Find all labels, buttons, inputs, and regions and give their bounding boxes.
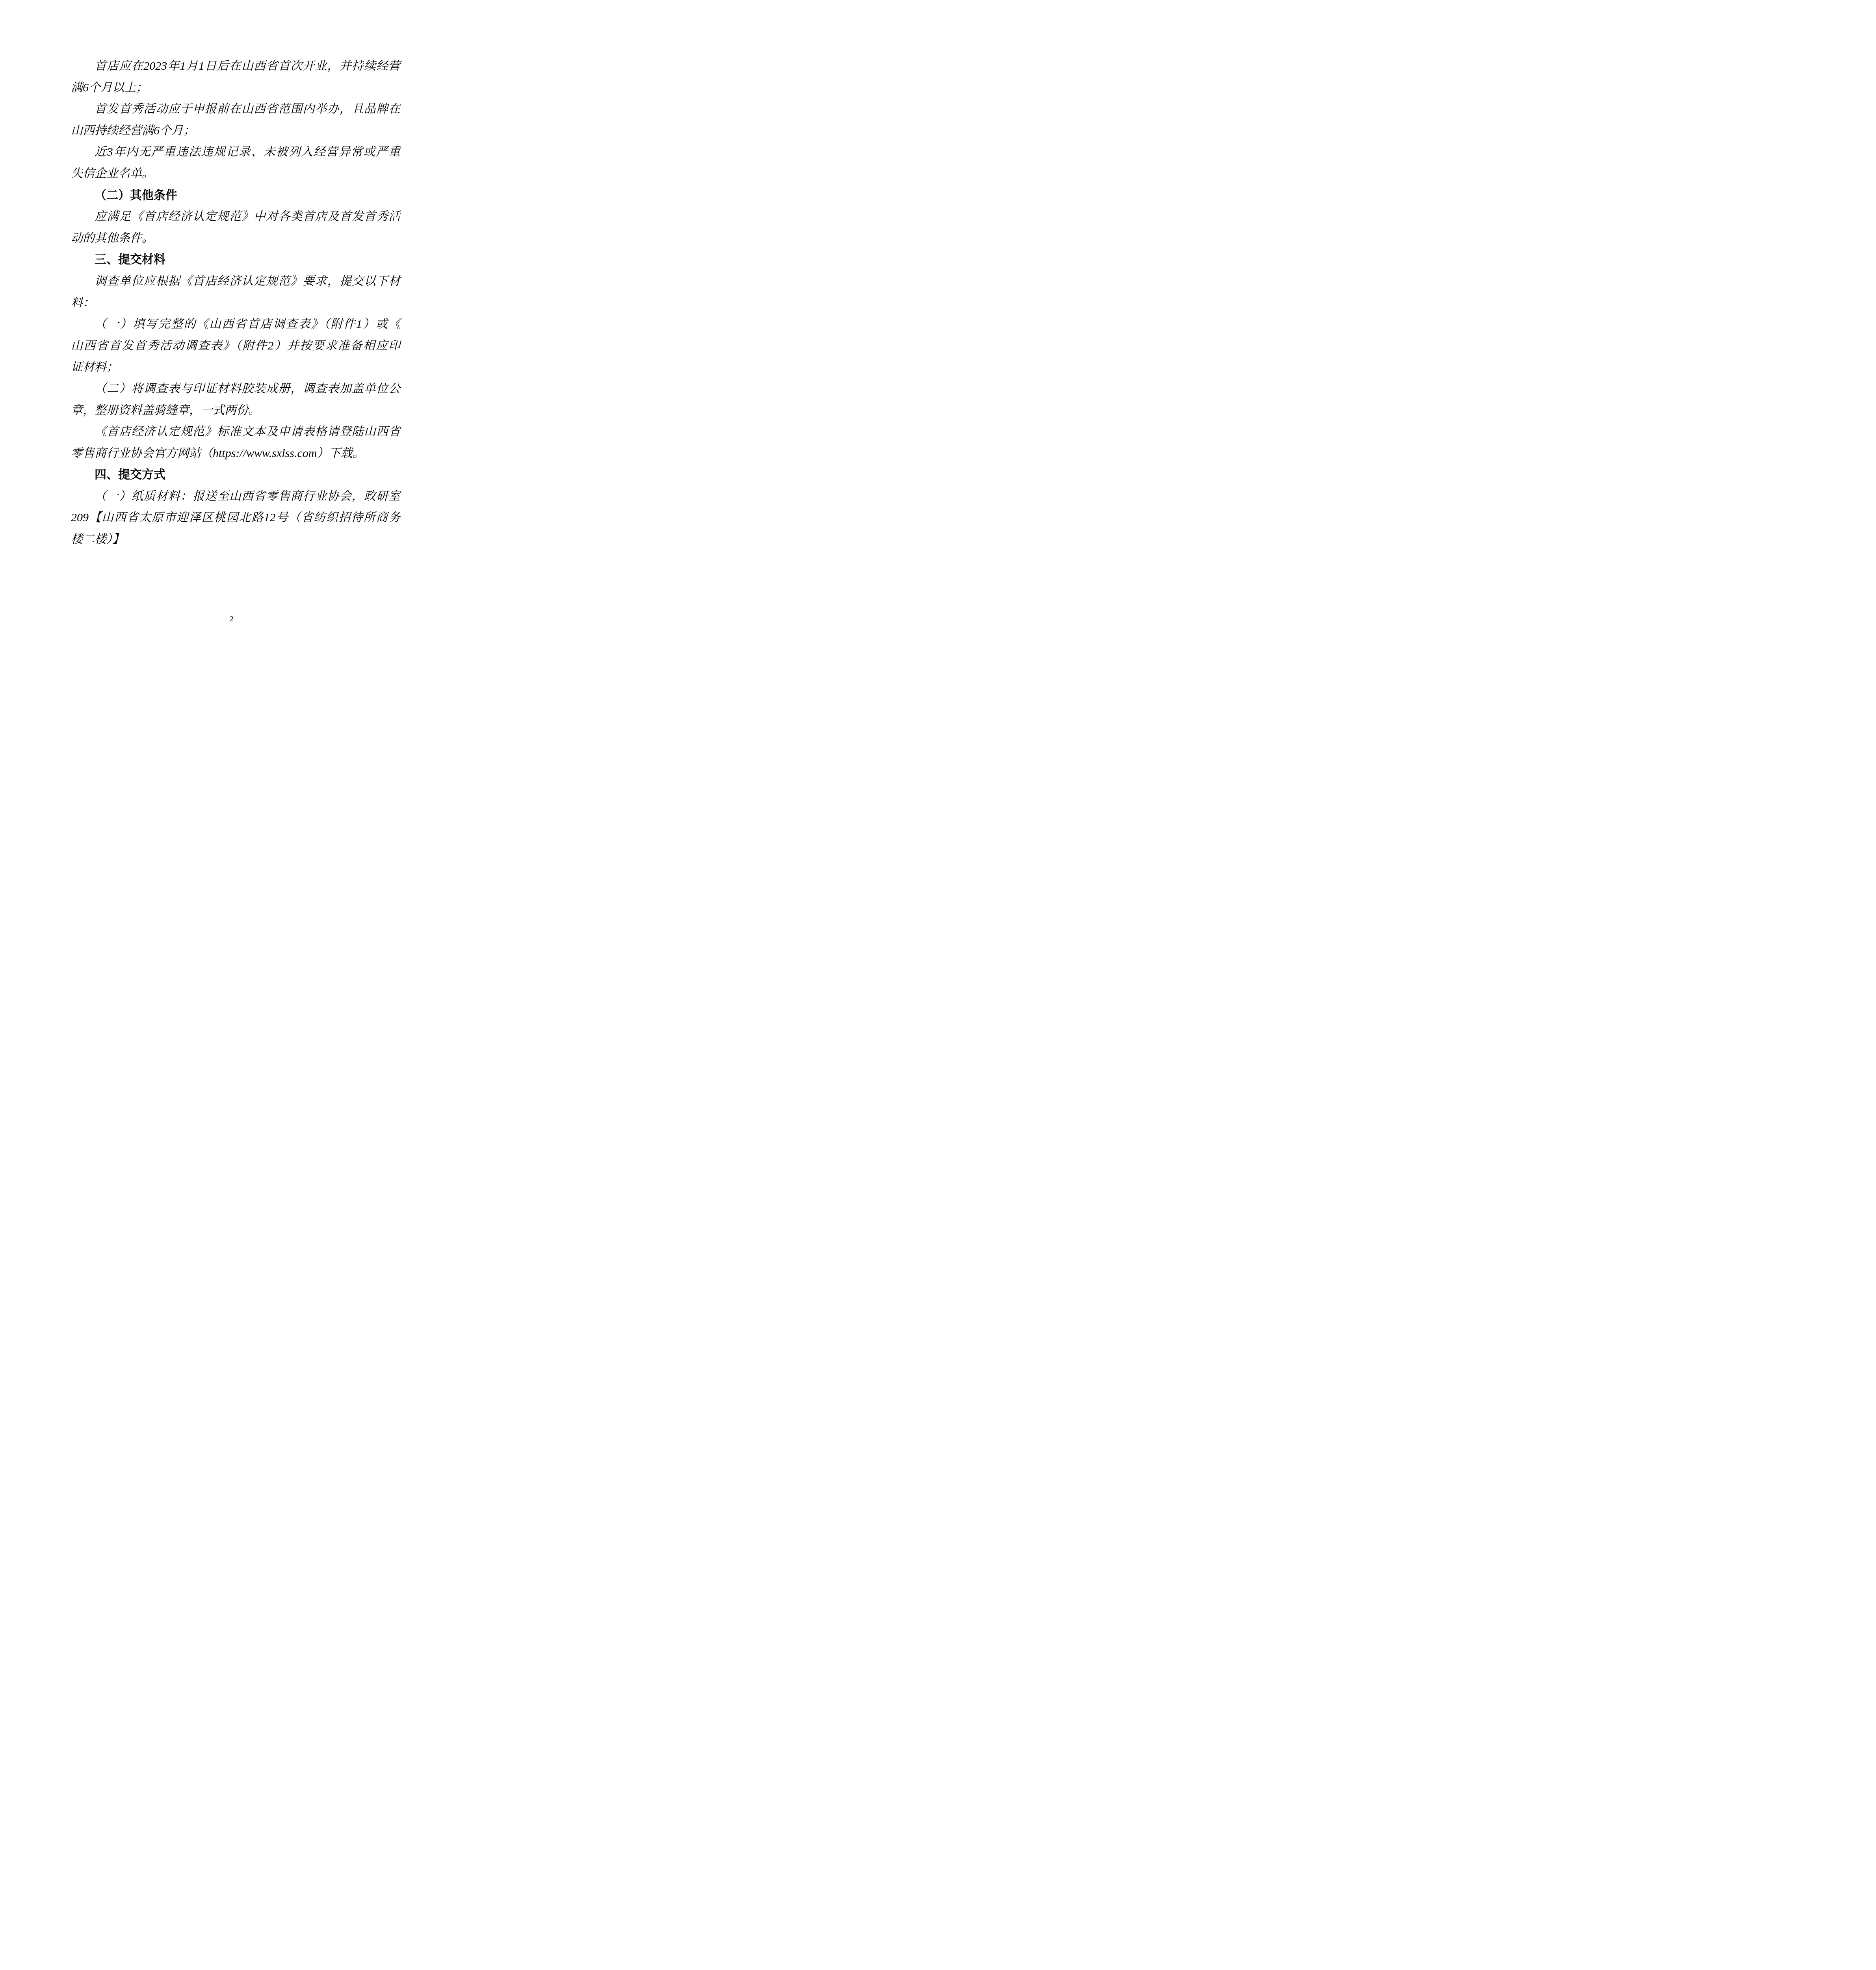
text-line: 失信企业名单。 xyxy=(71,163,400,185)
text-line: 山西省首发首秀活动调查表》（附件2）并按要求准备相应印 xyxy=(71,335,400,357)
heading-line: 四、提交方式 xyxy=(71,464,400,486)
paragraph: （一）填写完整的《山西省首店调查表》（附件1）或《 山西省首发首秀活动调查表》（… xyxy=(71,314,400,378)
section-heading-submission: 四、提交方式 xyxy=(71,464,400,486)
heading-line: 三、提交材料 xyxy=(71,249,400,271)
text-line: 山西持续经营满6个月； xyxy=(71,120,400,142)
paragraph: 《首店经济认定规范》标准文本及申请表格请登陆山西省 零售商行业协会官方网站（ht… xyxy=(71,421,400,464)
text-line: （一）填写完整的《山西省首店调查表》（附件1）或《 xyxy=(71,314,400,335)
text-line: 满6个月以上； xyxy=(71,77,400,99)
text-line: 首发首秀活动应于申报前在山西省范围内举办，且品牌在 xyxy=(71,98,400,120)
document-page: 首店应在2023年1月1日后在山西省首次开业，并持续经营 满6个月以上； 首发首… xyxy=(0,0,469,663)
paragraph: （二）将调查表与印证材料胶装成册，调查表加盖单位公 章，整册资料盖骑缝章，一式两… xyxy=(71,378,400,421)
paragraph: 首店应在2023年1月1日后在山西省首次开业，并持续经营 满6个月以上； xyxy=(71,56,400,98)
paragraph: 调查单位应根据《首店经济认定规范》要求，提交以下材 料： xyxy=(71,271,400,314)
text-line: 楼二楼）】 xyxy=(71,529,400,550)
section-heading-materials: 三、提交材料 xyxy=(71,249,400,271)
paragraph: 首发首秀活动应于申报前在山西省范围内举办，且品牌在 山西持续经营满6个月； xyxy=(71,98,400,141)
text-line: 动的其他条件。 xyxy=(71,228,400,249)
text-line: 调查单位应根据《首店经济认定规范》要求，提交以下材 xyxy=(71,271,400,292)
text-line: （一）纸质材料：报送至山西省零售商行业协会，政研室 xyxy=(71,486,400,507)
text-line: 章，整册资料盖骑缝章，一式两份。 xyxy=(71,400,400,422)
text-line: 近3年内无严重违法违规记录、未被列入经营异常或严重 xyxy=(71,141,400,163)
text-line: 料： xyxy=(71,292,400,314)
page-number: 2 xyxy=(0,614,463,625)
paragraph: 应满足《首店经济认定规范》中对各类首店及首发首秀活 动的其他条件。 xyxy=(71,206,400,249)
text-line: 应满足《首店经济认定规范》中对各类首店及首发首秀活 xyxy=(71,206,400,228)
paragraph: 近3年内无严重违法违规记录、未被列入经营异常或严重 失信企业名单。 xyxy=(71,141,400,184)
section-heading-other-conditions: （二）其他条件 xyxy=(71,185,400,206)
document-body: 首店应在2023年1月1日后在山西省首次开业，并持续经营 满6个月以上； 首发首… xyxy=(71,56,400,550)
text-line: 《首店经济认定规范》标准文本及申请表格请登陆山西省 xyxy=(71,421,400,443)
paragraph: （一）纸质材料：报送至山西省零售商行业协会，政研室 209【山西省太原市迎泽区桃… xyxy=(71,486,400,550)
text-line: 首店应在2023年1月1日后在山西省首次开业，并持续经营 xyxy=(71,56,400,77)
text-line: 209【山西省太原市迎泽区桃园北路12号（省纺织招待所商务 xyxy=(71,507,400,529)
text-line: （二）将调查表与印证材料胶装成册，调查表加盖单位公 xyxy=(71,378,400,400)
heading-line: （二）其他条件 xyxy=(71,185,400,206)
text-line: 零售商行业协会官方网站（https://www.sxlss.com）下载。 xyxy=(71,443,400,465)
text-line: 证材料； xyxy=(71,357,400,378)
